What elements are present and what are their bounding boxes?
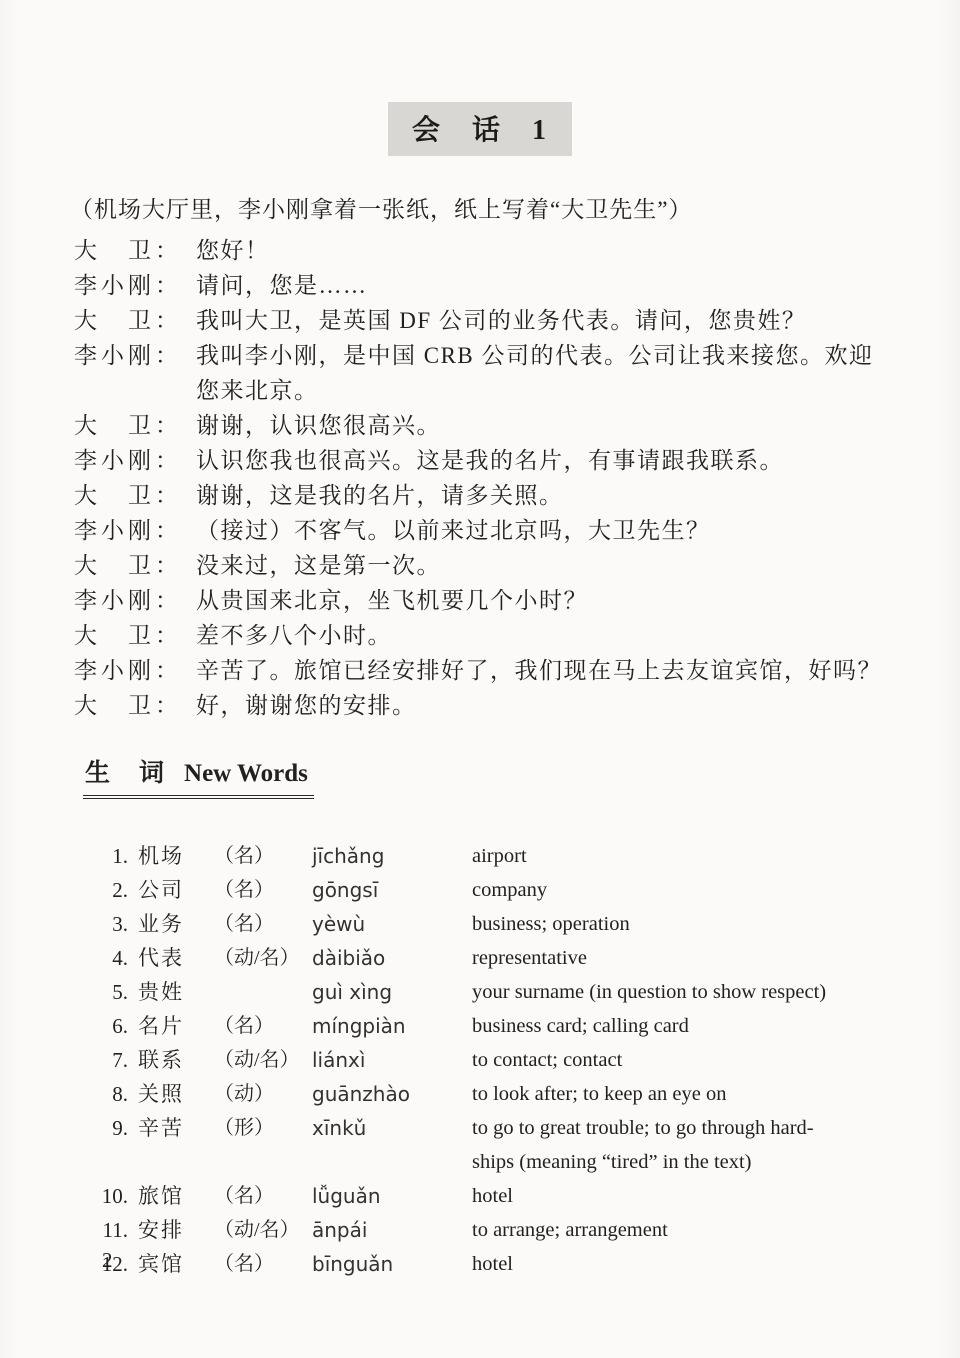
vocab-row: 12. 宾馆 （名） bīnguǎn hotel (92, 1247, 900, 1281)
new-words-heading-row: 生 词New Words (83, 753, 960, 799)
dialogue-line: 李小刚： 认识您我也很高兴。这是我的名片，有事请跟我联系。 (74, 443, 898, 478)
vocab-part-of-speech: （名） (214, 1179, 312, 1213)
vocab-row: 4. 代表 （动/名） dàibiǎo representative (92, 941, 900, 975)
vocabulary-list: 1. 机场 （名） jīchǎng airport 2. 公司 （名） gōng… (92, 839, 900, 1281)
vocab-part-of-speech: （名） (214, 1247, 312, 1281)
vocab-part-of-speech: （形） (214, 1111, 312, 1145)
dialogue-text: 没来过，这是第一次。 (196, 548, 898, 583)
vocab-number: 4. (92, 941, 128, 975)
vocab-number: 10. (92, 1179, 128, 1213)
dialogue-line: 李小刚： 我叫李小刚，是中国 CRB 公司的代表。公司让我来接您。欢迎您来北京。 (74, 338, 898, 408)
vocab-row: 8. 关照 （动） guānzhào to look after; to kee… (92, 1077, 900, 1111)
vocab-number: 2. (92, 873, 128, 907)
vocab-number: 5. (92, 975, 128, 1009)
dialogue-text: 谢谢，这是我的名片，请多关照。 (196, 478, 898, 513)
dialogue-section: 大 卫： 您好！ 李小刚： 请问，您是…… 大 卫： 我叫大卫，是英国 DF 公… (74, 233, 898, 723)
vocab-word: 辛苦 (138, 1111, 214, 1145)
vocab-pinyin: lǚguǎn (312, 1179, 472, 1213)
vocab-part-of-speech: （动/名） (214, 1213, 312, 1247)
dialogue-text: 差不多八个小时。 (196, 618, 898, 653)
dialogue-line: 李小刚： 从贵国来北京，坐飞机要几个小时？ (74, 583, 898, 618)
vocab-word: 名片 (138, 1009, 214, 1043)
vocab-pinyin: yèwù (312, 907, 472, 941)
vocab-part-of-speech: （名） (214, 907, 312, 941)
dialogue-text: 我叫李小刚，是中国 CRB 公司的代表。公司让我来接您。欢迎您来北京。 (196, 338, 898, 408)
speaker-label: 李小刚： (74, 443, 196, 478)
speaker-label: 大 卫： (74, 233, 196, 268)
vocab-english: hotel (472, 1247, 900, 1281)
vocab-english: to go to great trouble; to go through ha… (472, 1111, 900, 1179)
vocab-row: 1. 机场 （名） jīchǎng airport (92, 839, 900, 873)
vocab-english: to contact; contact (472, 1043, 900, 1077)
dialogue-line: 李小刚： 请问，您是…… (74, 268, 898, 303)
dialogue-line: 李小刚： （接过）不客气。以前来过北京吗，大卫先生？ (74, 513, 898, 548)
speaker-label: 大 卫： (74, 478, 196, 513)
vocab-pinyin: dàibiǎo (312, 941, 472, 975)
vocab-english: business; operation (472, 907, 900, 941)
vocab-word: 机场 (138, 839, 214, 873)
vocab-pinyin: liánxì (312, 1043, 472, 1077)
vocab-english-line2: ships (meaning “tired” in the text) (472, 1145, 900, 1179)
vocab-row: 9. 辛苦 （形） xīnkǔ to go to great trouble; … (92, 1111, 900, 1179)
vocab-english: company (472, 873, 900, 907)
vocab-row: 7. 联系 （动/名） liánxì to contact; contact (92, 1043, 900, 1077)
stage-direction: （机场大厅里，李小刚拿着一张纸，纸上写着“大卫先生”） (70, 192, 898, 227)
new-words-heading-zh: 生 词 (85, 760, 166, 787)
dialogue-line: 大 卫： 差不多八个小时。 (74, 618, 898, 653)
vocab-word: 联系 (138, 1043, 214, 1077)
vocab-pinyin: guānzhào (312, 1077, 472, 1111)
vocab-pinyin: gōngsī (312, 873, 472, 907)
vocab-pinyin: xīnkǔ (312, 1111, 472, 1145)
dialogue-line: 大 卫： 您好！ (74, 233, 898, 268)
dialogue-line: 李小刚： 辛苦了。旅馆已经安排好了，我们现在马上去友谊宾馆，好吗？ (74, 653, 898, 688)
speaker-label: 李小刚： (74, 513, 196, 548)
vocab-row: 11. 安排 （动/名） ānpái to arrange; arrangeme… (92, 1213, 900, 1247)
dialogue-text: 我叫大卫，是英国 DF 公司的业务代表。请问，您贵姓？ (196, 303, 898, 338)
vocab-word: 代表 (138, 941, 214, 975)
vocab-row: 10. 旅馆 （名） lǚguǎn hotel (92, 1179, 900, 1213)
vocab-row: 2. 公司 （名） gōngsī company (92, 873, 900, 907)
vocab-part-of-speech: （动） (214, 1077, 312, 1111)
vocab-number: 6. (92, 1009, 128, 1043)
vocab-word: 旅馆 (138, 1179, 214, 1213)
vocab-english: airport (472, 839, 900, 873)
vocab-word: 关照 (138, 1077, 214, 1111)
vocab-pinyin: jīchǎng (312, 839, 472, 873)
vocab-english-line1: to go to great trouble; to go through ha… (472, 1111, 900, 1145)
dialogue-line: 大 卫： 好，谢谢您的安排。 (74, 688, 898, 723)
vocab-english: business card; calling card (472, 1009, 900, 1043)
vocab-part-of-speech: （名） (214, 839, 312, 873)
speaker-label: 大 卫： (74, 303, 196, 338)
vocab-pinyin: bīnguǎn (312, 1247, 472, 1281)
dialogue-text: 您好！ (196, 233, 898, 268)
vocab-english: to look after; to keep an eye on (472, 1077, 900, 1111)
vocab-part-of-speech: （动/名） (214, 1043, 312, 1077)
vocab-english: hotel (472, 1179, 900, 1213)
dialogue-line: 大 卫： 谢谢，这是我的名片，请多关照。 (74, 478, 898, 513)
speaker-label: 大 卫： (74, 408, 196, 443)
vocab-english: your surname (in question to show respec… (472, 975, 900, 1009)
new-words-heading: 生 词New Words (83, 753, 314, 799)
lesson-title-row: 会 话 1 (0, 0, 960, 156)
vocab-part-of-speech: （名） (214, 873, 312, 907)
vocab-english: representative (472, 941, 900, 975)
page-number: 2 (102, 1248, 113, 1273)
vocab-part-of-speech: （名） (214, 1009, 312, 1043)
vocab-number: 9. (92, 1111, 128, 1145)
new-words-heading-en: New Words (184, 760, 308, 787)
dialogue-text: 辛苦了。旅馆已经安排好了，我们现在马上去友谊宾馆，好吗？ (196, 653, 898, 688)
vocab-word: 贵姓 (138, 975, 214, 1009)
lesson-title: 会 话 1 (388, 102, 572, 156)
vocab-word: 公司 (138, 873, 214, 907)
vocab-pinyin: guì xìng (312, 975, 472, 1009)
speaker-label: 李小刚： (74, 268, 196, 303)
vocab-number: 1. (92, 839, 128, 873)
vocab-pinyin: míngpiàn (312, 1009, 472, 1043)
vocab-number: 8. (92, 1077, 128, 1111)
vocab-word: 业务 (138, 907, 214, 941)
dialogue-line: 大 卫： 我叫大卫，是英国 DF 公司的业务代表。请问，您贵姓？ (74, 303, 898, 338)
vocab-row: 5. 贵姓 guì xìng your surname (in question… (92, 975, 900, 1009)
vocab-number: 3. (92, 907, 128, 941)
vocab-part-of-speech: （动/名） (214, 941, 312, 975)
dialogue-text: 谢谢，认识您很高兴。 (196, 408, 898, 443)
speaker-label: 李小刚： (74, 583, 196, 618)
dialogue-text: 好，谢谢您的安排。 (196, 688, 898, 723)
speaker-label: 李小刚： (74, 653, 196, 688)
vocab-row: 3. 业务 （名） yèwù business; operation (92, 907, 900, 941)
speaker-label: 大 卫： (74, 548, 196, 583)
dialogue-text: （接过）不客气。以前来过北京吗，大卫先生？ (196, 513, 898, 548)
speaker-label: 李小刚： (74, 338, 196, 373)
textbook-page: 会 话 1 （机场大厅里，李小刚拿着一张纸，纸上写着“大卫先生”） 大 卫： 您… (0, 0, 960, 1358)
vocab-word: 安排 (138, 1213, 214, 1247)
vocab-number: 7. (92, 1043, 128, 1077)
speaker-label: 大 卫： (74, 618, 196, 653)
vocab-english: to arrange; arrangement (472, 1213, 900, 1247)
vocab-word: 宾馆 (138, 1247, 214, 1281)
dialogue-text: 认识您我也很高兴。这是我的名片，有事请跟我联系。 (196, 443, 898, 478)
dialogue-line: 大 卫： 谢谢，认识您很高兴。 (74, 408, 898, 443)
vocab-number: 11. (92, 1213, 128, 1247)
dialogue-text: 从贵国来北京，坐飞机要几个小时？ (196, 583, 898, 618)
dialogue-text: 请问，您是…… (196, 268, 898, 303)
vocab-pinyin: ānpái (312, 1213, 472, 1247)
vocab-row: 6. 名片 （名） míngpiàn business card; callin… (92, 1009, 900, 1043)
dialogue-line: 大 卫： 没来过，这是第一次。 (74, 548, 898, 583)
speaker-label: 大 卫： (74, 688, 196, 723)
